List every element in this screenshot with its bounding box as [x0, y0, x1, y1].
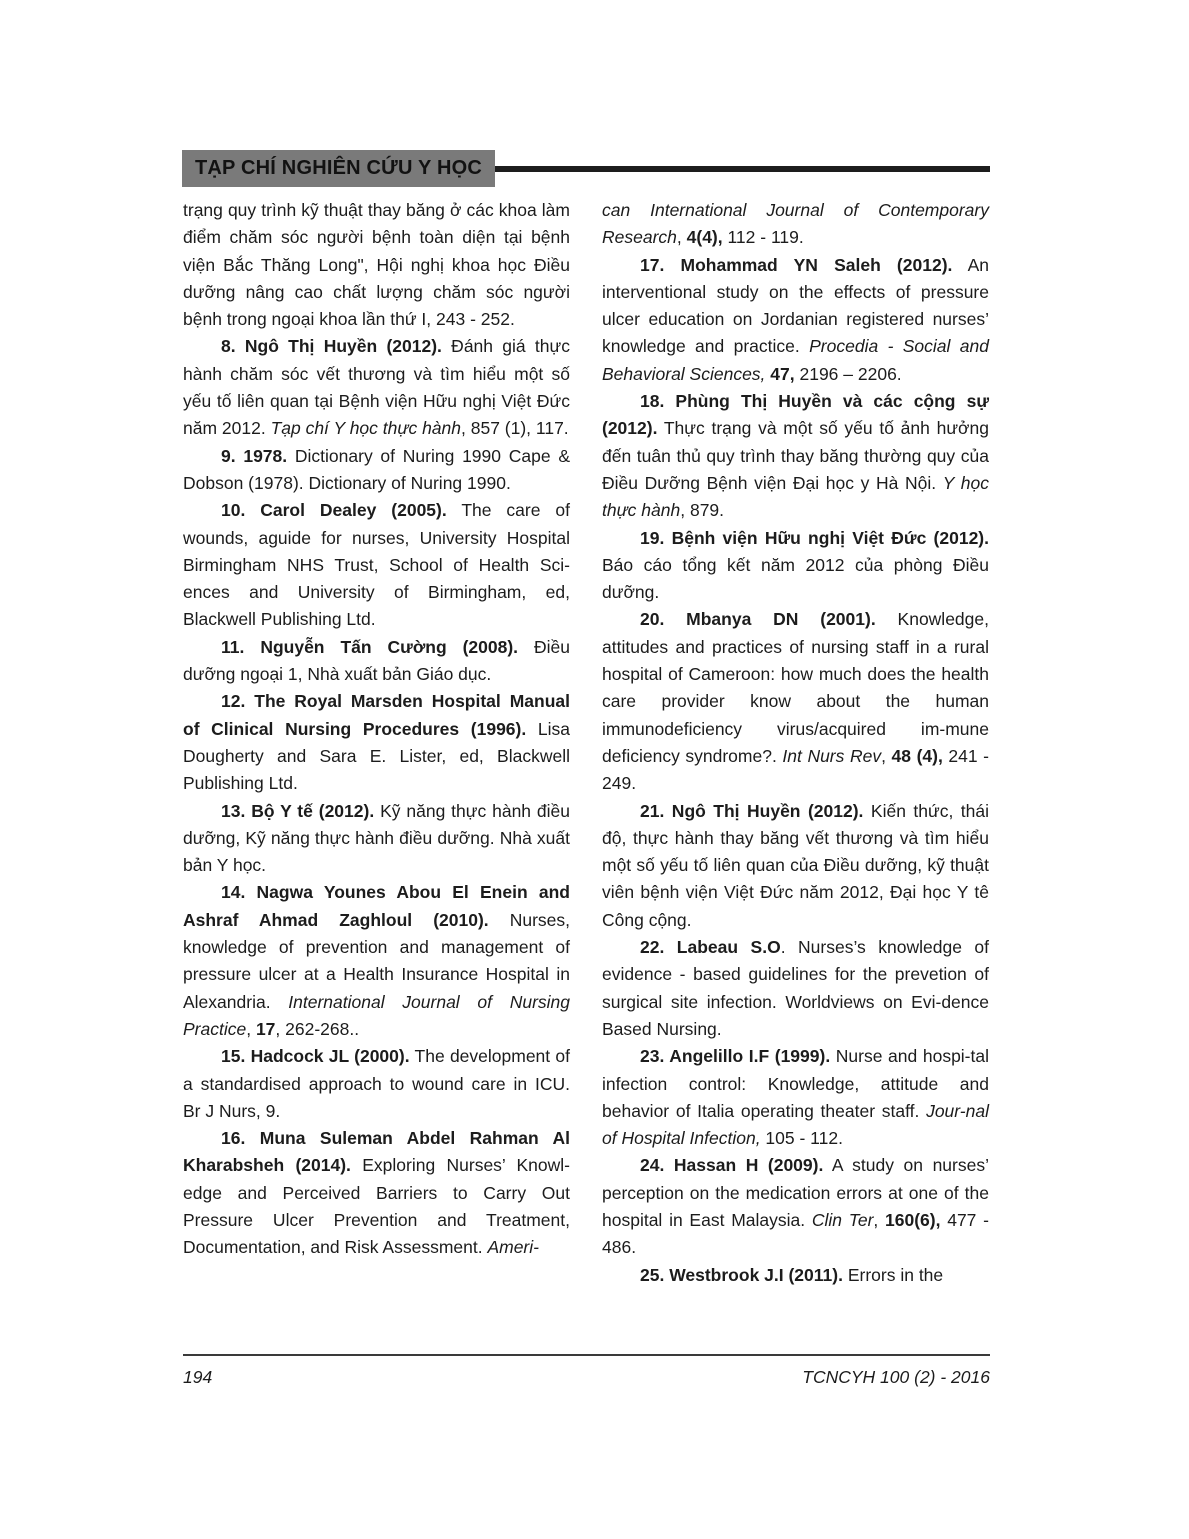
reference-text-segment: 9. 1978.	[221, 446, 287, 466]
reference-text-segment: 23. Angelillo I.F (1999).	[640, 1046, 830, 1066]
reference-text-segment: ,	[873, 1210, 885, 1230]
reference-text-segment: 19. Bệnh viện Hữu nghị Việt Đức (2012).	[640, 528, 989, 548]
reference-text-segment: 10. Carol Dealey (2005).	[221, 500, 447, 520]
reference-text-segment: Thực trạng và một số yếu tố ảnh hưởng đế…	[602, 418, 989, 493]
reference-text-segment: Ameri-	[487, 1237, 539, 1257]
reference-text-segment: 15. Hadcock JL (2000).	[221, 1046, 410, 1066]
journal-page: TẠP CHÍ NGHIÊN CỨU Y HỌC trạng quy trình…	[0, 0, 1189, 1539]
reference-paragraph: 9. 1978. Dictionary of Nuring 1990 Cape …	[183, 443, 570, 498]
reference-paragraph: 13. Bộ Y tế (2012). Kỹ năng thực hành đi…	[183, 798, 570, 880]
reference-text-segment: Báo cáo tổng kết năm 2012 của phòng Điều…	[602, 555, 989, 602]
reference-text-segment: 17. Mohammad YN Saleh (2012).	[640, 255, 952, 275]
reference-text-segment: 21. Ngô Thị Huyền (2012).	[640, 801, 863, 821]
right-column: can International Journal of Contemporar…	[602, 197, 989, 1289]
reference-paragraph: 11. Nguyễn Tấn Cường (2008). Điều dưỡng …	[183, 634, 570, 689]
reference-text-segment: , 262-268..	[275, 1019, 359, 1039]
reference-text-segment: 2196 – 2206.	[795, 364, 902, 384]
reference-paragraph: 19. Bệnh viện Hữu nghị Việt Đức (2012). …	[602, 525, 989, 607]
reference-text-segment: 112 - 119.	[723, 227, 804, 247]
reference-text-segment: Tạp chí Y học thực hành	[271, 418, 461, 438]
reference-text-segment: Knowledge, attitudes and practices of nu…	[602, 609, 989, 765]
reference-paragraph: 18. Phùng Thị Huyền và các cộng sự (2012…	[602, 388, 989, 524]
left-column: trạng quy trình kỹ thuật thay băng ở các…	[183, 197, 570, 1289]
reference-text-segment: , 879.	[680, 500, 724, 520]
page-number: 194	[183, 1367, 212, 1388]
reference-text-segment: Clin Ter	[812, 1210, 874, 1230]
reference-text-segment: ,	[246, 1019, 256, 1039]
reference-text-segment: 17	[256, 1019, 275, 1039]
issue-reference: TCNCYH 100 (2) - 2016	[802, 1367, 990, 1388]
journal-title: TẠP CHÍ NGHIÊN CỨU Y HỌC	[195, 157, 482, 179]
reference-text-segment: 4(4),	[687, 227, 723, 247]
reference-paragraph: can International Journal of Contemporar…	[602, 197, 989, 252]
reference-paragraph: 25. Westbrook J.I (2011). Errors in the	[602, 1262, 989, 1289]
references-content: trạng quy trình kỹ thuật thay băng ở các…	[183, 197, 990, 1289]
reference-text-segment: ,	[677, 227, 687, 247]
page-footer: 194 TCNCYH 100 (2) - 2016	[183, 1354, 990, 1388]
reference-paragraph: 14. Nagwa Younes Abou El Enein and Ashra…	[183, 879, 570, 1043]
reference-paragraph: 20. Mbanya DN (2001). Knowledge, attitud…	[602, 606, 989, 797]
reference-text-segment: 12. The Royal Marsden Hospital Manual of…	[183, 691, 570, 738]
reference-text-segment: 20. Mbanya DN (2001).	[640, 609, 876, 629]
reference-text-segment: Errors in the	[843, 1265, 943, 1285]
reference-paragraph: 23. Angelillo I.F (1999). Nurse and hosp…	[602, 1043, 989, 1152]
reference-paragraph: 15. Hadcock JL (2000). The development o…	[183, 1043, 570, 1125]
reference-text-segment: 105 - 112.	[761, 1128, 843, 1148]
reference-text-segment: trạng quy trình kỹ thuật thay băng ở các…	[183, 200, 570, 329]
reference-paragraph: 22. Labeau S.O. Nurses’s knowledge of ev…	[602, 934, 989, 1043]
header-divider-line	[495, 166, 990, 172]
reference-text-segment: 160(6),	[885, 1210, 940, 1230]
reference-paragraph: 17. Mohammad YN Saleh (2012). An interve…	[602, 252, 989, 388]
reference-text-segment: 24. Hassan H (2009).	[640, 1155, 823, 1175]
reference-text-segment: ,	[881, 746, 891, 766]
journal-title-badge: TẠP CHÍ NGHIÊN CỨU Y HỌC	[182, 150, 495, 187]
reference-text-segment: 48 (4),	[892, 746, 943, 766]
reference-paragraph: 24. Hassan H (2009). A study on nurses’ …	[602, 1152, 989, 1261]
reference-paragraph: 8. Ngô Thị Huyền (2012). Đánh giá thực h…	[183, 333, 570, 442]
page-header: TẠP CHÍ NGHIÊN CỨU Y HỌC	[182, 150, 990, 187]
reference-paragraph: 10. Carol Dealey (2005). The care of wou…	[183, 497, 570, 633]
reference-text-segment: 25. Westbrook J.I (2011).	[640, 1265, 843, 1285]
reference-text-segment: Int Nurs Rev	[782, 746, 881, 766]
reference-text-segment: 13. Bộ Y tế (2012).	[221, 801, 374, 821]
reference-paragraph: 16. Muna Suleman Abdel Rahman Al Kharabs…	[183, 1125, 570, 1261]
reference-text-segment: , 857 (1), 117.	[461, 418, 569, 438]
reference-text-segment: 8. Ngô Thị Huyền (2012).	[221, 336, 442, 356]
reference-text-segment: 47,	[770, 364, 794, 384]
reference-paragraph: trạng quy trình kỹ thuật thay băng ở các…	[183, 197, 570, 333]
reference-text-segment: 11. Nguyễn Tấn Cường (2008).	[221, 637, 518, 657]
reference-paragraph: 21. Ngô Thị Huyền (2012). Kiến thức, thá…	[602, 798, 989, 934]
reference-paragraph: 12. The Royal Marsden Hospital Manual of…	[183, 688, 570, 797]
reference-text-segment: 22. Labeau S.O	[640, 937, 781, 957]
